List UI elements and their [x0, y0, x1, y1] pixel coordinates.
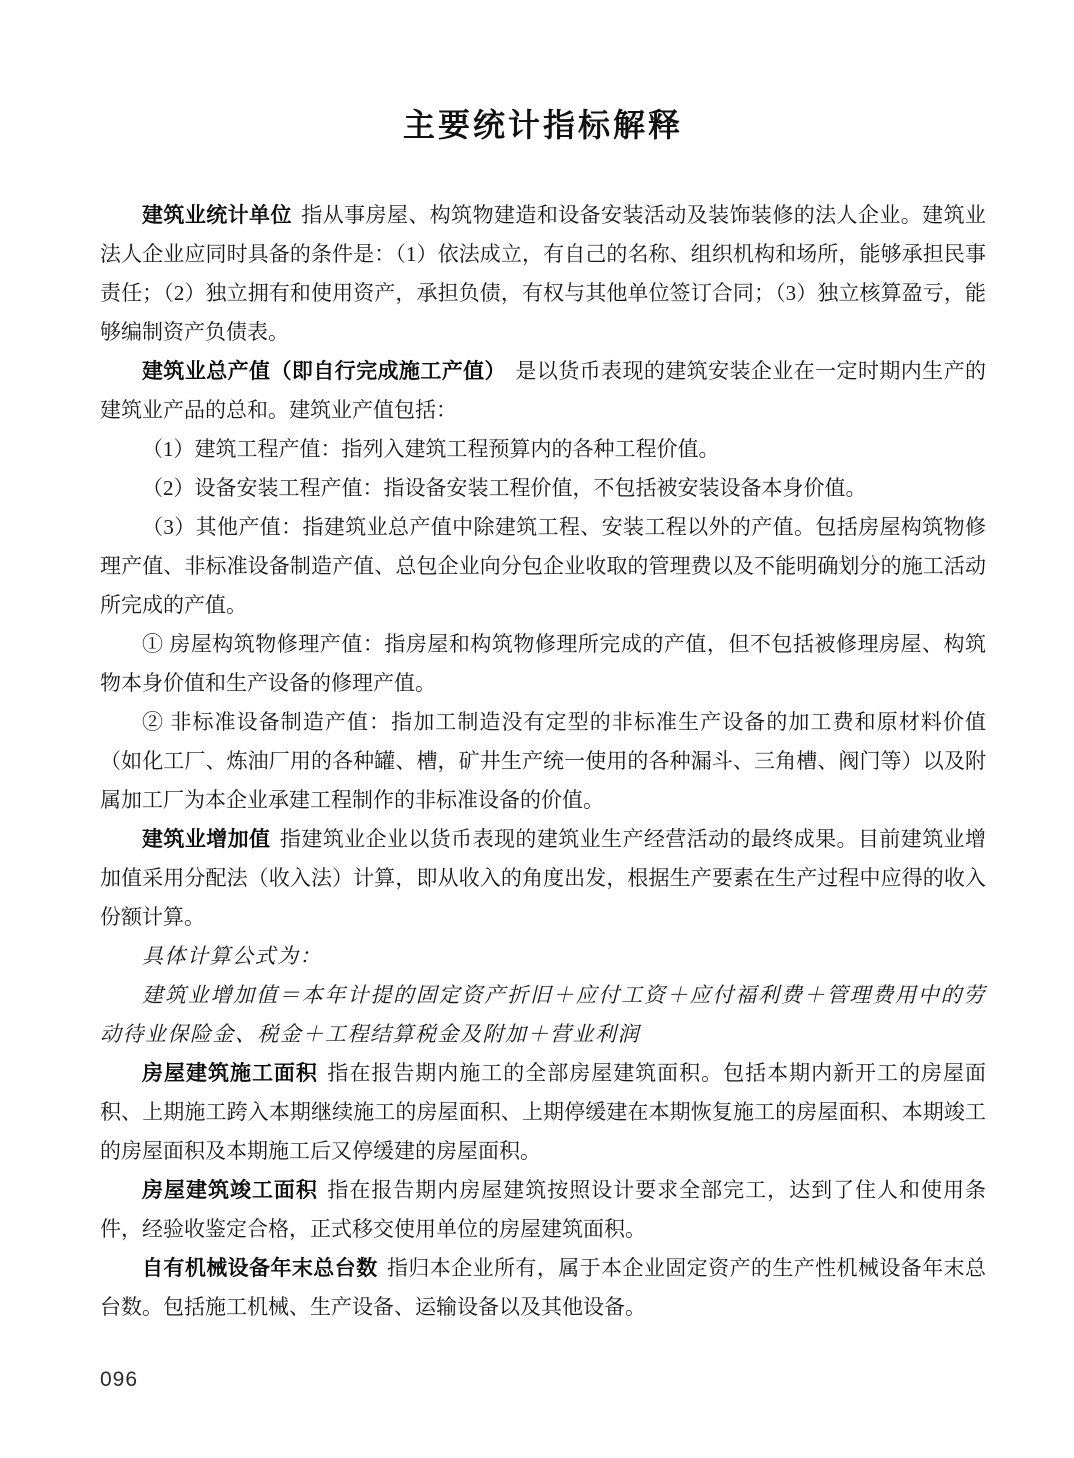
formula-intro-text: 具体计算公式为：	[142, 944, 322, 968]
definition-term: 建筑业增加值	[142, 828, 270, 851]
definition-term: 自有机械设备年末总台数	[142, 1257, 378, 1280]
list-item-1-construction-project-value: （1）建筑工程产值：指列入建筑工程预算内的各种工程价值。	[100, 430, 986, 469]
page-number: 096	[100, 1368, 138, 1392]
formula-intro-line: 具体计算公式为：	[100, 937, 986, 976]
definition-paragraph-floor-space-under-construction: 房屋建筑施工面积指在报告期内施工的全部房屋建筑面积。包括本期内新开工的房屋面积、…	[100, 1054, 986, 1171]
page-title: 主要统计指标解释	[100, 102, 986, 148]
document-page: 主要统计指标解释 建筑业统计单位指从事房屋、构筑物建造和设备安装活动及装饰装修的…	[0, 0, 1074, 1458]
definition-paragraph-floor-space-completed: 房屋建筑竣工面积指在报告期内房屋建筑按照设计要求全部完工，达到了住人和使用条件，…	[100, 1171, 986, 1249]
list-item-2-equipment-installation-value: （2）设备安装工程产值：指设备安装工程价值，不包括被安装设备本身价值。	[100, 469, 986, 508]
list-item-text: （1）建筑工程产值：指列入建筑工程预算内的各种工程价值。	[142, 437, 720, 461]
document-body: 建筑业统计单位指从事房屋、构筑物建造和设备安装活动及装饰装修的法人企业。建筑业法…	[100, 196, 986, 1327]
sub-item-text: ① 房屋构筑物修理产值：指房屋和构筑物修理所完成的产值，但不包括被修理房屋、构筑…	[100, 632, 986, 695]
definition-term: 建筑业总产值（即自行完成施工产值）	[142, 360, 506, 383]
definition-paragraph-owned-machinery-year-end-total: 自有机械设备年末总台数指归本企业所有，属于本企业固定资产的生产性机械设备年末总台…	[100, 1249, 986, 1327]
list-item-3-other-output-value: （3）其他产值：指建筑业总产值中除建筑工程、安装工程以外的产值。包括房屋构筑物修…	[100, 508, 986, 625]
formula-line: 建筑业增加值＝本年计提的固定资产折旧＋应付工资＋应付福利费＋管理费用中的劳动待业…	[100, 976, 986, 1054]
definition-paragraph-gross-output-value: 建筑业总产值（即自行完成施工产值）是以货币表现的建筑安装企业在一定时期内生产的建…	[100, 352, 986, 430]
list-item-text: （3）其他产值：指建筑业总产值中除建筑工程、安装工程以外的产值。包括房屋构筑物修…	[100, 515, 986, 617]
definition-paragraph-construction-statistical-unit: 建筑业统计单位指从事房屋、构筑物建造和设备安装活动及装饰装修的法人企业。建筑业法…	[100, 196, 986, 352]
definition-term: 房屋建筑施工面积	[142, 1062, 318, 1085]
sub-item-1-building-repair-value: ① 房屋构筑物修理产值：指房屋和构筑物修理所完成的产值，但不包括被修理房屋、构筑…	[100, 625, 986, 703]
formula-text: 建筑业增加值＝本年计提的固定资产折旧＋应付工资＋应付福利费＋管理费用中的劳动待业…	[100, 983, 986, 1046]
definition-term: 房屋建筑竣工面积	[142, 1179, 318, 1202]
list-item-text: （2）设备安装工程产值：指设备安装工程价值，不包括被安装设备本身价值。	[142, 476, 867, 500]
sub-item-text: ② 非标准设备制造产值：指加工制造没有定型的非标准生产设备的加工费和原材料价值（…	[100, 710, 986, 812]
sub-item-2-nonstandard-equipment-value: ② 非标准设备制造产值：指加工制造没有定型的非标准生产设备的加工费和原材料价值（…	[100, 703, 986, 820]
definition-term: 建筑业统计单位	[142, 204, 292, 227]
definition-paragraph-value-added: 建筑业增加值指建筑业企业以货币表现的建筑业生产经营活动的最终成果。目前建筑业增加…	[100, 820, 986, 937]
